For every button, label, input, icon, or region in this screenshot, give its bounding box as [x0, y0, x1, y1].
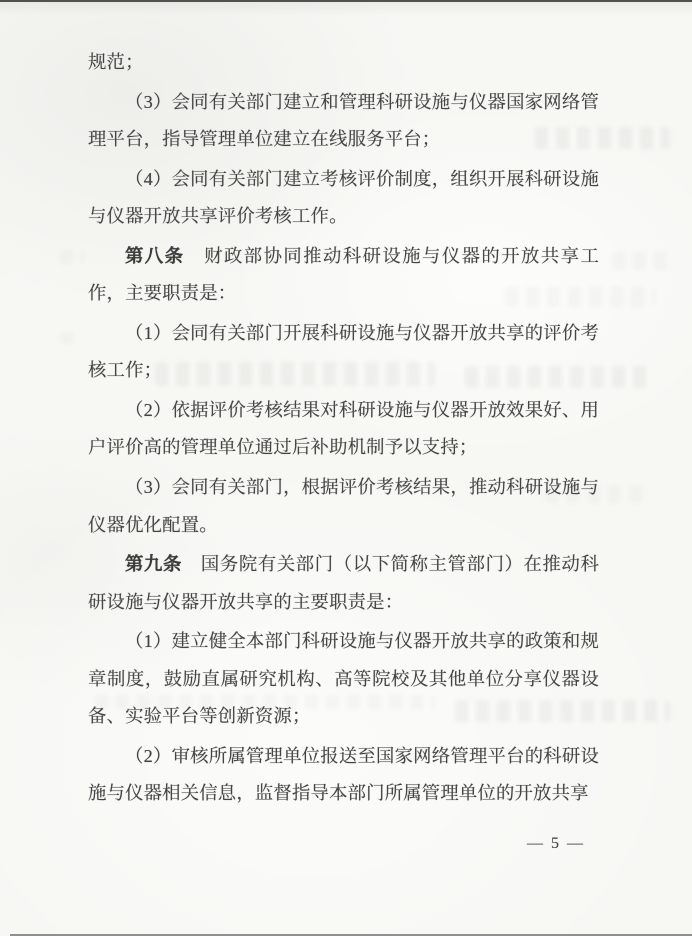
document-body: 规范； （3）会同有关部门建立和管理科研设施与仪器国家网络管理平台，指导管理单位… [88, 44, 599, 815]
scan-edge-top [0, 0, 692, 2]
paragraph-item-4: （4）会同有关部门建立考核评价制度，组织开展科研设施与仪器开放共享评价考核工作。 [88, 161, 599, 236]
article-8-label: 第八条 [125, 246, 184, 266]
bleedthrough-mark [60, 332, 80, 344]
paragraph-continuation: 规范； [88, 44, 599, 81]
paragraph-item-2b: （2）审核所属管理单位报送至国家网络管理平台的科研设施与仪器相关信息，监督指导本… [88, 738, 599, 813]
paragraph-item-1: （1）会同有关部门开展科研设施与仪器开放共享的评价考核工作； [88, 315, 599, 390]
bleedthrough-mark [60, 250, 84, 264]
paragraph-item-3b: （3）会同有关部门，根据评价考核结果，推动科研设施与仪器优化配置。 [88, 469, 599, 544]
paragraph-article-9: 第九条 国务院有关部门（以下简称主管部门）在推动科研设施与仪器开放共享的主要职责… [88, 546, 599, 621]
paragraph-article-8: 第八条 财政部协同推动科研设施与仪器的开放共享工作，主要职责是： [88, 238, 599, 313]
paragraph-item-1b: （1）建立健全本部门科研设施与仪器开放共享的政策和规章制度，鼓励直属研究机构、高… [88, 623, 599, 735]
bleedthrough-mark [612, 252, 672, 270]
article-9-label: 第九条 [125, 554, 182, 574]
paragraph-item-2: （2）依据评价考核结果对科研设施与仪器开放效果好、用户评价高的管理单位通过后补助… [88, 392, 599, 467]
page-number: — 5 — [527, 835, 585, 853]
paragraph-item-3: （3）会同有关部门建立和管理科研设施与仪器国家网络管理平台，指导管理单位建立在线… [88, 84, 599, 159]
